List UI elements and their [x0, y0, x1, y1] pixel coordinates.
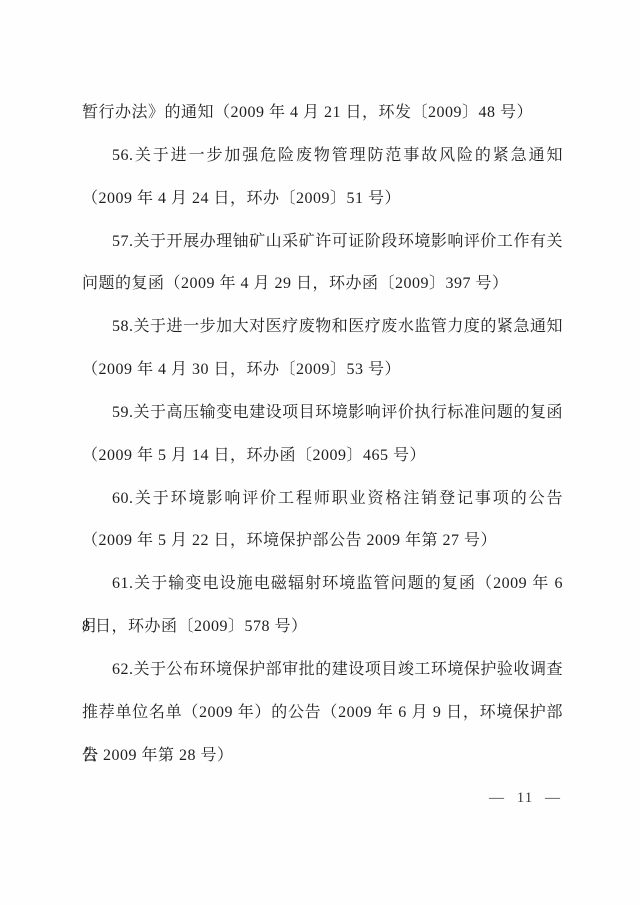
doc-line-7: （2009 年 4 月 30 日，环办〔2009〕53 号） — [82, 349, 563, 392]
doc-line-12-item-61: 61.关于输变电设施电磁辐射环境监管问题的复函（2009 年 6 月 — [82, 563, 563, 606]
doc-line-1: 暂行办法》的通知（2009 年 4 月 21 日，环发〔2009〕48 号） — [82, 92, 563, 135]
doc-line-8-item-59: 59.关于高压输变电建设项目环境影响评价执行标准问题的复函 — [82, 392, 563, 435]
page-number: — 11 — — [470, 790, 580, 807]
doc-line-2-item-56: 56.关于进一步加强危险废物管理防范事故风险的紧急通知 — [82, 135, 563, 178]
scanned-document-page: 暂行办法》的通知（2009 年 4 月 21 日，环发〔2009〕48 号） 5… — [0, 0, 640, 905]
doc-line-5: 问题的复函（2009 年 4 月 29 日，环办函〔2009〕397 号） — [82, 263, 563, 306]
doc-line-4-item-57: 57.关于开展办理铀矿山采矿许可证阶段环境影响评价工作有关 — [82, 221, 563, 264]
doc-line-10-item-60: 60.关于环境影响评价工程师职业资格注销登记事项的公告 — [82, 478, 563, 521]
document-text-block: 暂行办法》的通知（2009 年 4 月 21 日，环发〔2009〕48 号） 5… — [82, 92, 563, 778]
doc-line-14-item-62: 62.关于公布环境保护部审批的建设项目竣工环境保护验收调查 — [82, 649, 563, 692]
doc-line-11: （2009 年 5 月 22 日，环境保护部公告 2009 年第 27 号） — [82, 520, 563, 563]
doc-line-15: 推荐单位名单（2009 年）的公告（2009 年 6 月 9 日，环境保护部公 — [82, 692, 563, 735]
doc-line-16: 告 2009 年第 28 号） — [82, 735, 563, 778]
doc-line-3: （2009 年 4 月 24 日，环办〔2009〕51 号） — [82, 178, 563, 221]
doc-line-9: （2009 年 5 月 14 日，环办函〔2009〕465 号） — [82, 435, 563, 478]
doc-line-6-item-58: 58.关于进一步加大对医疗废物和医疗废水监管力度的紧急通知 — [82, 306, 563, 349]
doc-line-13: 8 日，环办函〔2009〕578 号） — [82, 606, 563, 649]
